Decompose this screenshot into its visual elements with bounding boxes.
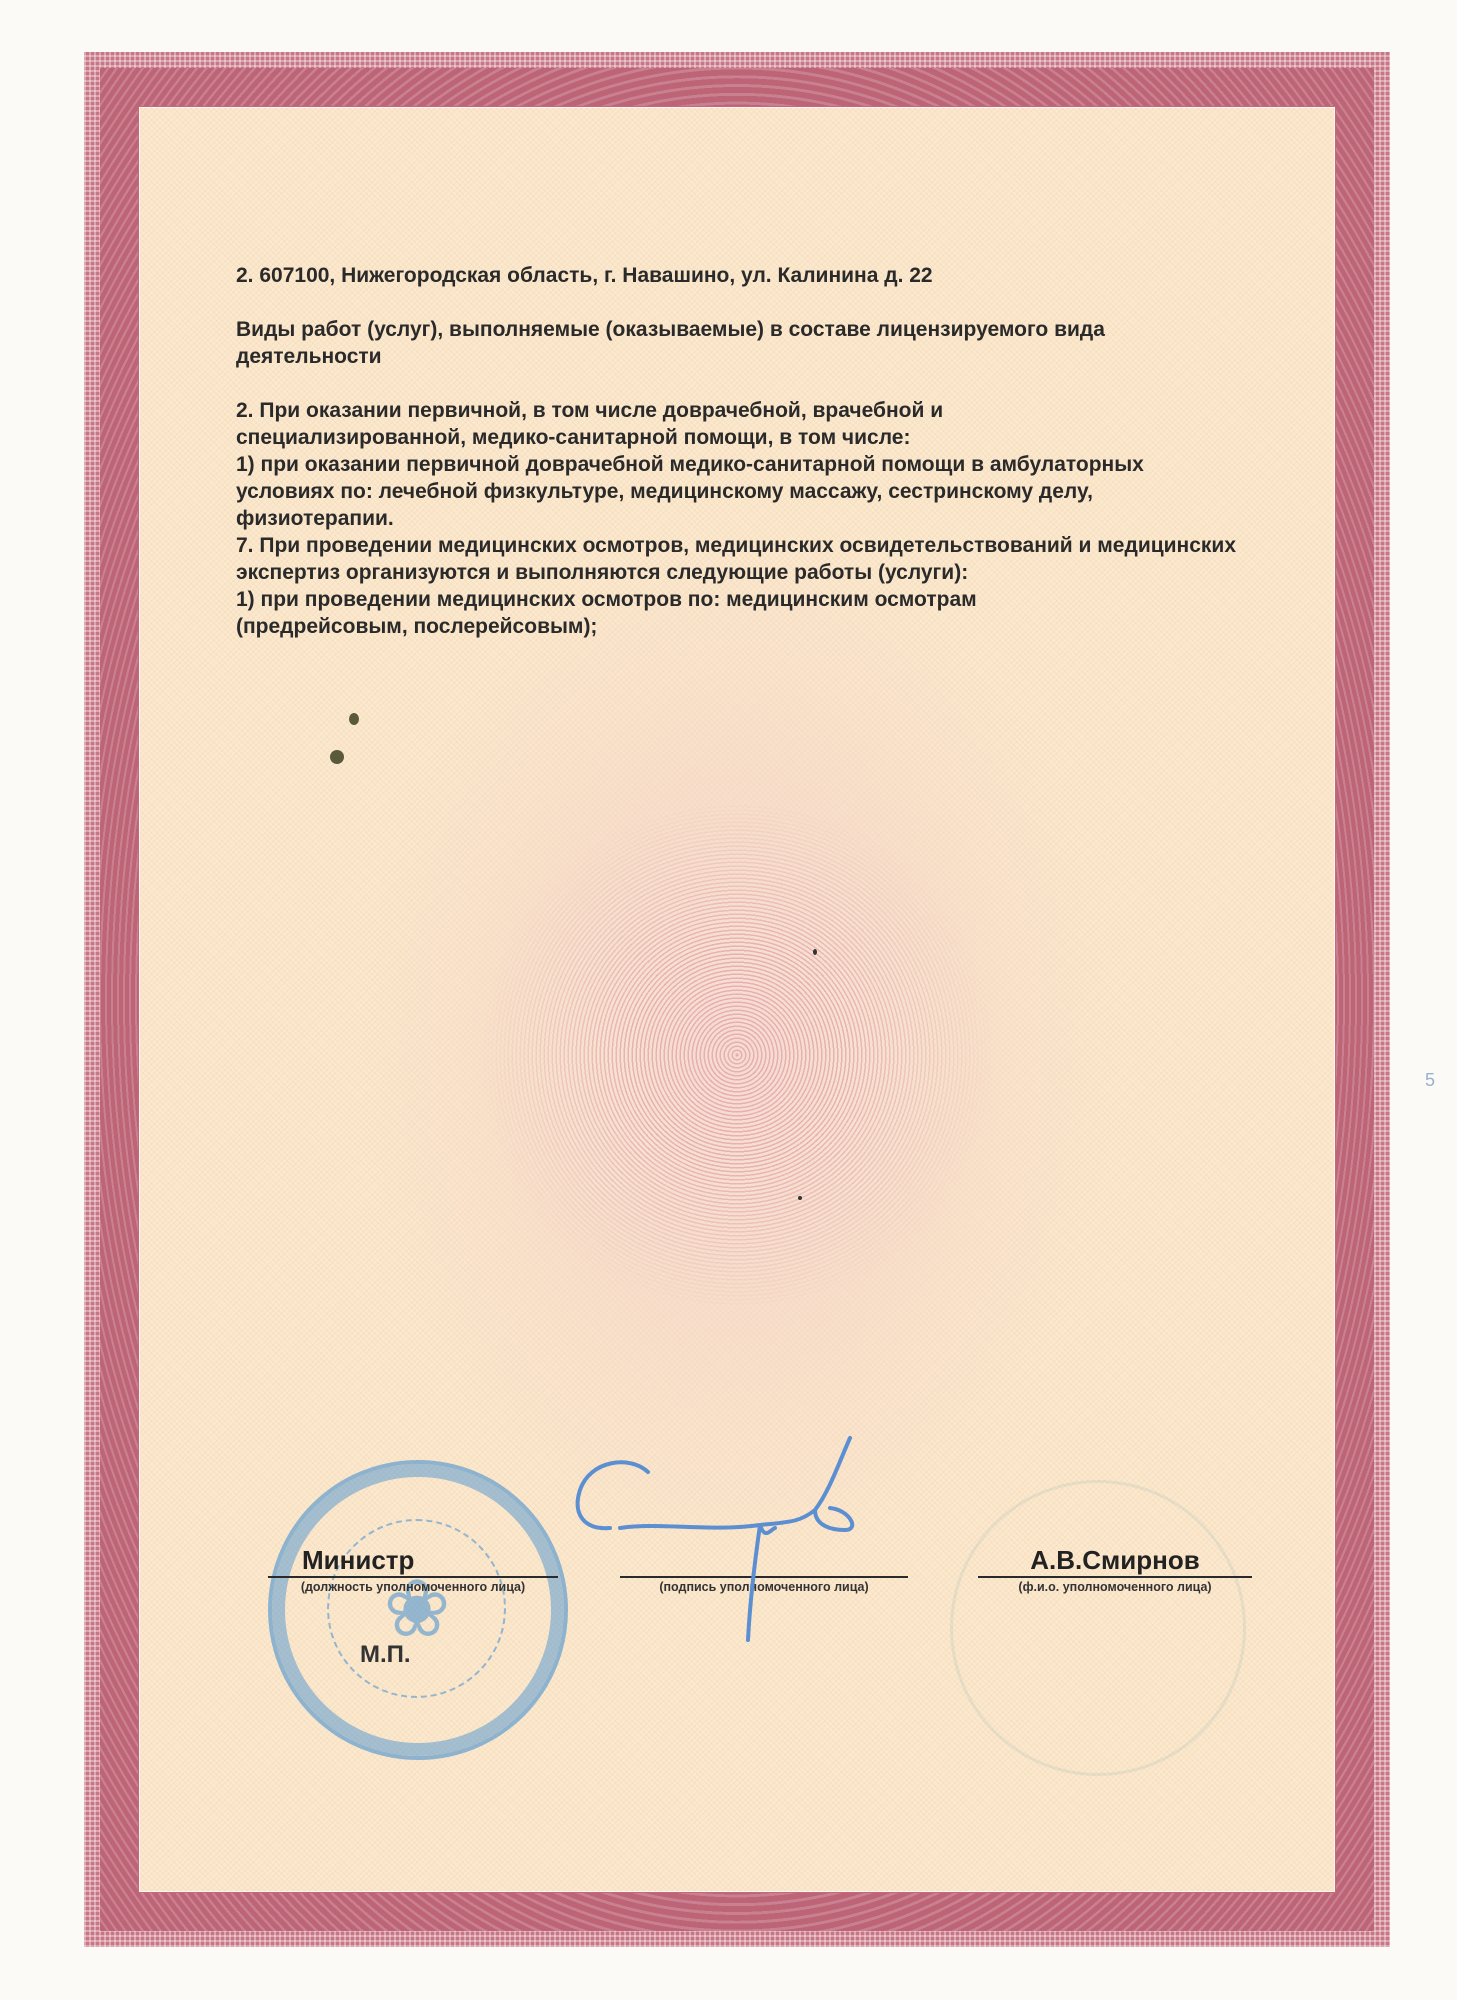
handwritten-signature [560,1430,880,1660]
guilloche-rosette [467,805,1007,1305]
name-value: А.В.Смирнов [978,1545,1252,1576]
address-line: 2. 607100, Нижегородская область, г. Нав… [236,262,1276,289]
work-item: 1) при проведении медицинских осмотров п… [236,586,1116,640]
work-item: 1) при оказании первичной доврачебной ме… [236,451,1196,532]
works-heading: Виды работ (услуг), выполняемые (оказыва… [236,316,1236,370]
paper-speck [798,1196,802,1200]
paper-speck [813,949,817,955]
position-field: Министр (должность уполномоченного лица) [268,1545,558,1594]
name-underline [978,1576,1252,1578]
name-caption: (ф.и.о. уполномоченного лица) [978,1580,1252,1594]
work-item: 7. При проведении медицинских осмотров, … [236,532,1266,586]
margin-page-mark: 5 [1425,1070,1435,1091]
faded-stamp-impression [950,1480,1246,1776]
official-seal: ❀ [268,1460,568,1760]
work-item: 2. При оказании первичной, в том числе д… [236,397,1096,451]
position-underline [268,1576,558,1578]
seal-placeholder-label: М.П. [360,1641,411,1669]
name-field: А.В.Смирнов (ф.и.о. уполномоченного лица… [978,1545,1252,1594]
paper-speck [349,713,359,725]
position-value: Министр [268,1545,558,1576]
document-body: 2. 607100, Нижегородская область, г. Нав… [236,262,1276,640]
position-caption: (должность уполномоченного лица) [268,1580,558,1594]
paper-speck [330,750,344,764]
